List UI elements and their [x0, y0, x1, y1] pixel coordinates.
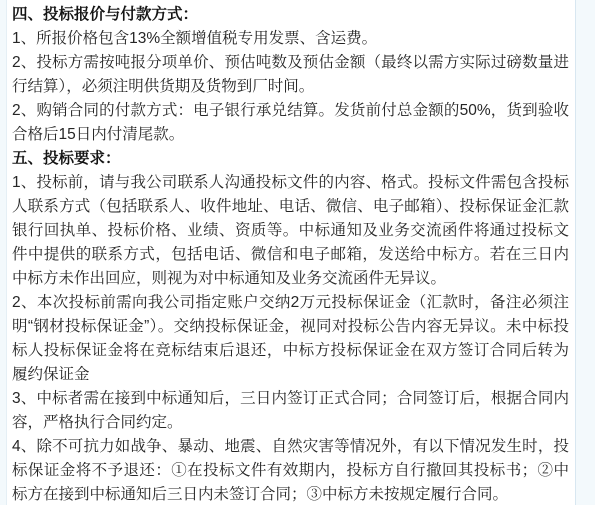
- clause-pre-bid-communication-and-contact-info: 1、投标前，请与我公司联系人沟通投标文件的内容、格式。投标文件需包含投标人联系方…: [12, 171, 569, 291]
- clause-price-includes-vat-and-freight: 1、所报价格包含13%全额增值税专用发票、含运费。: [12, 27, 569, 51]
- section-heading-bid-requirements: 五、投标要求：: [12, 147, 569, 171]
- clause-quote-per-ton-unit-price: 2、投标方需按吨报分项单价、预估吨数及预估金额（最终以需方实际过磅数量进行结算）…: [12, 51, 569, 99]
- section-heading-bid-quote-and-payment: 四、投标报价与付款方式：: [12, 3, 569, 27]
- clause-contract-signing-deadline: 3、中标者需在接到中标通知后，三日内签订正式合同；合同签订后，根据合同内容，严格…: [12, 387, 569, 435]
- section-bid-requirements: 五、投标要求： 1、投标前，请与我公司联系人沟通投标文件的内容、格式。投标文件需…: [12, 147, 569, 505]
- document-content-cell: 四、投标报价与付款方式： 1、所报价格包含13%全额增值税专用发票、含运费。 2…: [6, 0, 576, 505]
- clause-contract-payment-method: 2、购销合同的付款方式：电子银行承兑结算。发货前付总金额的50%，货到验收合格后…: [12, 99, 569, 147]
- clause-deposit-forfeiture-conditions: 4、除不可抗力如战争、暴动、地震、自然灾害等情况外，有以下情况发生时，投标保证金…: [12, 435, 569, 505]
- section-bid-quote-and-payment: 四、投标报价与付款方式： 1、所报价格包含13%全额增值税专用发票、含运费。 2…: [12, 3, 569, 147]
- clause-bid-deposit-payment: 2、本次投标前需向我公司指定账户交纳2万元投标保证金（汇款时，备注必须注明“钢材…: [12, 291, 569, 387]
